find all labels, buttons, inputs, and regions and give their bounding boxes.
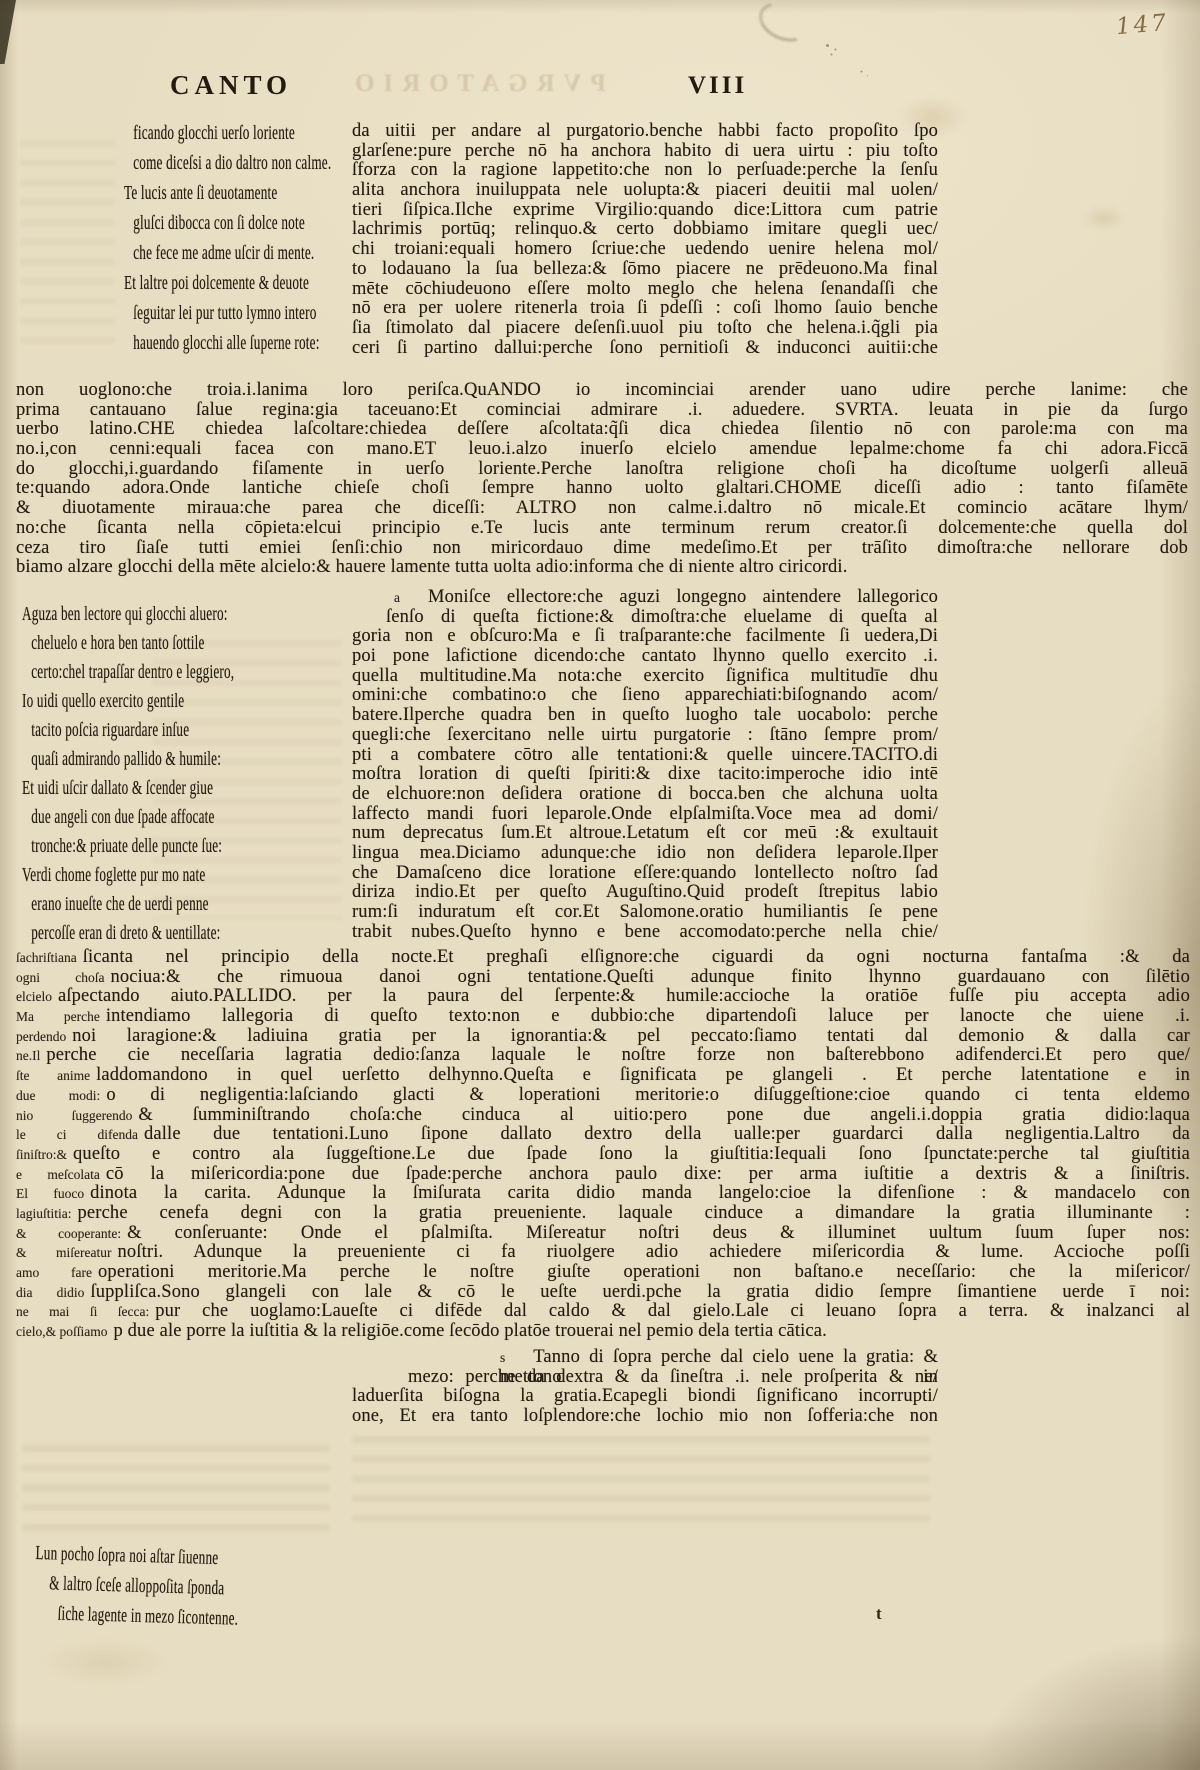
commentary-column-1: da uitii per andare al purgatorio.benche…	[352, 122, 938, 358]
line-text: & conſeruante: Onde el pſalmiſta. Miſere…	[127, 1223, 1190, 1243]
line-text: diriza indio.Et per queſto Auguſtino.Qui…	[352, 882, 938, 902]
incunabula-page-scan: PVRGATORIO CANTO VIII 147 ficando glocch…	[0, 0, 1200, 1770]
text-line: certo:chel trapaſſar dentro e leggiero,	[22, 658, 234, 687]
text-line: ne.Ilperche cie neceſſaria lagratia dedi…	[16, 1046, 1190, 1066]
text-line: Et uidi uſcir dallato & ſcender giue	[22, 774, 234, 803]
text-line: gluſci dibocca con ſi dolce note	[124, 208, 331, 238]
margin-lead-text: nio ſuggerendo	[16, 1108, 132, 1123]
text-line: to lodauano la ſua belleza:& ſōmo piacer…	[352, 260, 938, 280]
line-text: percoſſe eran di dreto & uentillate:	[31, 922, 220, 944]
margin-lead-text: le ci difenda	[16, 1127, 138, 1142]
line-text: no.i,con cenni:equali facea con mano.ET …	[16, 439, 1188, 459]
text-line: come diceſsi a dio daltro non calme.	[124, 148, 331, 178]
line-text: cheluelo e hora ben tanto ſottile	[31, 632, 204, 654]
line-text: & ſumminiſtrando choſa:che cinduca al ui…	[138, 1105, 1190, 1125]
line-text: do glocchi,i.guardando fiſamente in uerſ…	[16, 459, 1188, 479]
line-text: laduerſita biſogna la gratia.Ecapegli bi…	[352, 1386, 938, 1406]
text-line: Ma percheintendiamo lallegoria di queſto…	[16, 1007, 1190, 1027]
text-line: ne mai ſi ſecca:pur che uoglamo:Laueſte …	[16, 1302, 1190, 1322]
line-text: perche cenefa degni con la gratia preuen…	[78, 1203, 1191, 1223]
line-text: tacito poſcia riguardare inſue	[31, 719, 189, 741]
line-text: batere.Ilperche quadra ben in queſto luo…	[352, 705, 938, 725]
line-text: due angeli con due ſpade affocate	[31, 806, 214, 828]
text-line: & cooperante:& conſeruante: Onde el pſal…	[16, 1224, 1190, 1244]
text-line: due angeli con due ſpade affocate	[22, 803, 234, 832]
text-line: do glocchi,i.guardando fiſamente in uerſ…	[16, 460, 1188, 480]
line-text: dalle due tentationi.Luno ſipone dallato…	[144, 1124, 1190, 1144]
ink-smudge	[753, 0, 815, 49]
stain	[1082, 204, 1126, 232]
text-line: nio ſuggerendo& ſumminiſtrando choſa:che…	[16, 1106, 1190, 1126]
show-through-text	[352, 1436, 930, 1522]
line-text: quaſi admirando pallido & humile:	[31, 748, 221, 770]
line-text: perche cie neceſſaria lagratia dedio:ſan…	[46, 1045, 1190, 1065]
text-line: nō era per uolere ritenerla troia ſi pde…	[352, 299, 938, 319]
margin-lead-text: ſachriſtiana	[16, 950, 77, 965]
line-text: lachrimis portūq; relinquo.& certo dobbi…	[352, 219, 938, 239]
text-line: mezo: perche da dextra & da ſineſtra .i.…	[352, 1368, 938, 1388]
line-text: o di negligentia:laſciando glacti & lope…	[106, 1085, 1190, 1105]
line-text: hauendo glocchi alle ſuperne rote:	[133, 332, 319, 354]
line-text: chi troiani:equali homero ſcriue:che ued…	[352, 239, 938, 259]
text-line: lachrimis portūq; relinquo.& certo dobbi…	[352, 220, 938, 240]
line-text: aſpectando aiuto.PALLIDO. per la paura d…	[58, 986, 1190, 1006]
line-text: mezo: perche da dextra & da ſineſtra .i.…	[408, 1367, 938, 1387]
margin-lead-text: ſiniſtro:&	[16, 1147, 67, 1162]
verse-block-3: Lun pocho ſopra noi aſtar ſiuenne& laltr…	[33, 1538, 240, 1634]
line-text: Aguza ben lectore qui glocchi aluero:	[22, 603, 228, 625]
line-text: operationi meritorie.Ma perche le noſtre…	[98, 1262, 1190, 1282]
text-line: ſte animeladdomandono in quel uerſetto d…	[16, 1066, 1190, 1086]
line-text: trabit nubes.Queſto hynno e bene accomod…	[352, 922, 938, 942]
text-line: percoſſe eran di dreto & uentillate:	[22, 919, 234, 948]
text-line: alita anchora inuiluppata nele uolupta:&…	[352, 181, 938, 201]
line-text: omini:che combatino:o che ſieno apparech…	[352, 685, 938, 705]
line-text: certo:chel trapaſſar dentro e leggiero,	[31, 661, 234, 683]
show-through-text	[20, 140, 115, 355]
line-text: ſenſo di queſta fictione:& dimoſtra:che …	[386, 607, 938, 627]
text-line: e meſcolatacō la miſericordia:pone due ſ…	[16, 1165, 1190, 1185]
line-text: ficando glocchi uerſo loriente	[133, 122, 295, 144]
line-text: ſia ſtimolato dal piacere deſenſi.uuol p…	[352, 318, 938, 338]
line-text: pti a combatere cōtro alle tentationi:& …	[352, 745, 938, 765]
margin-lead-text: elcielo	[16, 989, 52, 1004]
text-line: lingua mea.Diciamo adunque:che idio non …	[352, 844, 938, 864]
line-text: poi pone lafictione dicendo:che cantato …	[352, 646, 938, 666]
text-line: laduerſita biſogna la gratia.Ecapegli bi…	[352, 1387, 938, 1407]
text-line: no:che ſicanta nella cōpieta:elcui princ…	[16, 519, 1188, 539]
text-line: pti a combatere cōtro alle tentationi:& …	[352, 746, 938, 766]
text-line: de elchuore:non deſidera oratione di boc…	[352, 785, 938, 805]
line-text: uerbo latino.CHE chiedea laſcoltare:chie…	[16, 419, 1188, 439]
text-line: sTanno di ſopra perche dal cielo uene la…	[352, 1348, 938, 1368]
text-line: due modi:o di negligentia:laſciando glac…	[16, 1086, 1190, 1106]
line-text: da uitii per andare al purgatorio.benche…	[352, 121, 938, 141]
line-text: tronche:& priuate delle puncte ſue:	[31, 835, 222, 857]
line-text: rum:ſi induratum eſt cor.Et Salomone.ora…	[352, 902, 938, 922]
text-line: glarſene:pure perche nō ha anchora habit…	[352, 142, 938, 162]
text-line: ceza tiro ſiaſe tutti emiei ſenſi:chio n…	[16, 539, 1188, 559]
line-text: nō era per uolere ritenerla troia ſi pde…	[352, 298, 938, 318]
text-line: ogni choſanociua:& che rimuoua danoi ogn…	[16, 968, 1190, 988]
line-text: come diceſsi a dio daltro non calme.	[133, 152, 331, 174]
line-text: lingua mea.Diciamo adunque:che idio non …	[352, 843, 938, 863]
text-line: moſtra loration di queſti ſpiriti:& dixe…	[352, 765, 938, 785]
line-text: quella multitudine.Ma nota:che exercito …	[352, 666, 938, 686]
line-text: goria non e obſcuro:Ma e ſi traſparante:…	[352, 626, 938, 646]
line-text: Et uidi uſcir dallato & ſcender giue	[22, 777, 213, 799]
text-line: rum:ſi induratum eſt cor.Et Salomone.ora…	[352, 903, 938, 923]
line-text: & diuotamente miraua:che parea che diceſ…	[16, 498, 1188, 518]
text-line: no.i,con cenni:equali facea con mano.ET …	[16, 440, 1188, 460]
text-line: che fece me adme uſcir di mente.	[124, 238, 331, 268]
commentary-fullwidth-1: non uoglono:che troia.i.lanima loro peri…	[16, 381, 1188, 578]
text-line: quegli:che ſexercitano nelle uirtu purga…	[352, 726, 938, 746]
margin-lead-text: s	[500, 1350, 505, 1365]
line-text: num deprecatus ſum.Et altroue.Letatum eſ…	[352, 823, 938, 843]
line-text: gluſci dibocca con ſi dolce note	[133, 212, 305, 234]
line-text: tieri ſiſpica.Ilche exprime Virgilio:qua…	[352, 200, 938, 220]
margin-lead-text: ogni choſa	[16, 970, 104, 985]
text-line: poi pone lafictione dicendo:che cantato …	[352, 647, 938, 667]
margin-lead-text: perdendo	[16, 1029, 66, 1044]
corner-shadow	[0, 0, 16, 64]
line-text: intendiamo lallegoria di queſto texto:no…	[106, 1006, 1190, 1026]
text-line: Te lucis ante ſi deuotamente	[124, 178, 331, 208]
line-text: Io uidi quello exercito gentile	[22, 690, 184, 712]
line-text: ceri ſi partino dallui:perche ſono perni…	[352, 338, 938, 358]
text-line: & diuotamente miraua:che parea che diceſ…	[16, 499, 1188, 519]
line-text: biamo alzare glocchi della mēte alcielo:…	[16, 557, 847, 577]
text-line: uerbo latino.CHE chiedea laſcoltare:chie…	[16, 420, 1188, 440]
text-line: quaſi admirando pallido & humile:	[22, 745, 234, 774]
line-text: pur che uoglamo:Laueſte ci difēde dal ca…	[155, 1301, 1190, 1321]
margin-lead-text: Ma perche	[16, 1009, 100, 1024]
text-line: Verdi chome foglette pur mo nate	[22, 861, 234, 890]
text-line: tronche:& priuate delle puncte ſue:	[22, 832, 234, 861]
text-line: biamo alzare glocchi della mēte alcielo:…	[16, 558, 1188, 578]
line-text: nociua:& che rimuoua danoi ogni tentatio…	[110, 967, 1190, 987]
line-text: Moniſce ellectore:che aguzi longegno ain…	[428, 587, 938, 607]
margin-lead-text: & cooperante:	[16, 1226, 121, 1241]
signature-mark: t	[876, 1604, 882, 1624]
margin-lead-text: due modi:	[16, 1088, 100, 1103]
text-line: erano inueſte che de uerdi penne	[22, 890, 234, 919]
show-through-text	[22, 1445, 330, 1537]
line-text: ceza tiro ſiaſe tutti emiei ſenſi:chio n…	[16, 538, 1188, 558]
line-text: alita anchora inuiluppata nele uolupta:&…	[352, 180, 938, 200]
line-text: prima cantauano ſalue regina:gia taceuan…	[16, 400, 1188, 420]
line-text: te:quando adora.Onde lantiche chieſe cho…	[16, 478, 1188, 498]
text-line: dia didioſuppliſca.Sono glangeli con lal…	[16, 1283, 1190, 1303]
running-title-canto-number: VIII	[688, 72, 747, 100]
margin-lead-text: ne.Il	[16, 1048, 40, 1063]
line-text: mēte cōchiudeuono eſſere molto meglo che…	[352, 279, 938, 299]
text-line: laffecto mandi fuori leparole.Onde elpſa…	[352, 805, 938, 825]
stain	[40, 1640, 170, 1684]
text-line: ceri ſi partino dallui:perche ſono perni…	[352, 339, 938, 359]
text-line: trabit nubes.Queſto hynno e bene accomod…	[352, 923, 938, 943]
text-line: ſia ſtimolato dal piacere deſenſi.uuol p…	[352, 319, 938, 339]
line-text: de elchuore:non deſidera oratione di boc…	[352, 784, 938, 804]
text-line: quella multitudine.Ma nota:che exercito …	[352, 667, 938, 687]
text-line: El fuocodinota la carita. Adunque la ſmi…	[16, 1184, 1190, 1204]
text-line: hauendo glocchi alle ſuperne rote:	[124, 328, 331, 358]
text-line: Et laltre poi dolcemente & deuote	[124, 268, 331, 298]
text-line: ſiniſtro:&queſto e contro ala ſuggeſtion…	[16, 1145, 1190, 1165]
text-line: cheluelo e hora ben tanto ſottile	[22, 629, 234, 658]
text-line: elcieloaſpectando aiuto.PALLIDO. per la …	[16, 987, 1190, 1007]
line-text: to lodauano la ſua belleza:& ſōmo piacer…	[352, 259, 938, 279]
margin-lead-text: amo fare	[16, 1265, 92, 1280]
margin-lead-text: lagiuſtitia:	[16, 1206, 72, 1221]
text-line: ſiche lagente in mezo ſicontenne.	[33, 1598, 238, 1634]
text-line: ſforza con la ragione lappetito:che non …	[352, 161, 938, 181]
verse-block-1: ficando glocchi uerſo lorientecome diceſ…	[124, 118, 331, 358]
margin-lead-text: a	[394, 590, 400, 605]
line-text: erano inueſte che de uerdi penne	[31, 893, 208, 915]
line-text: che Damaſceno dice loratione eſſere:quan…	[352, 863, 938, 883]
text-line: non uoglono:che troia.i.lanima loro peri…	[16, 381, 1188, 401]
line-text: one, Et era tanto loſplendore:che lochio…	[352, 1406, 938, 1426]
line-text: ſforza con la ragione lappetito:che non …	[352, 160, 938, 180]
text-line: Aguza ben lectore qui glocchi aluero:	[22, 600, 234, 629]
line-text: laddomandono in quel uerſetto delhynno.Q…	[96, 1065, 1190, 1085]
line-text: cō la miſericordia:pone due ſpade:perche…	[106, 1164, 1190, 1184]
line-text: Verdi chome foglette pur mo nate	[22, 864, 205, 886]
line-text: moſtra loration di queſti ſpiriti:& dixe…	[352, 764, 938, 784]
text-line: che Damaſceno dice loratione eſſere:quan…	[352, 864, 938, 884]
text-line: prima cantauano ſalue regina:gia taceuan…	[16, 401, 1188, 421]
text-line: chi troiani:equali homero ſcriue:che ued…	[352, 240, 938, 260]
line-text: laffecto mandi fuori leparole.Onde elpſa…	[352, 804, 938, 824]
text-line: omini:che combatino:o che ſieno apparech…	[352, 686, 938, 706]
margin-lead-text: e meſcolata	[16, 1167, 100, 1182]
text-line: cielo,& poſſiamop due ale porre la iuſti…	[16, 1322, 1190, 1342]
line-text: ſiche lagente in mezo ſicontenne.	[57, 1603, 238, 1630]
text-line: & miſereaturnoſtri. Adunque la preuenien…	[16, 1243, 1190, 1263]
text-line: te:quando adora.Onde lantiche chieſe cho…	[16, 479, 1188, 499]
line-text: Et laltre poi dolcemente & deuote	[124, 272, 309, 294]
commentary-fullwidth-2: ſachriſtianaſicanta nel principio della …	[16, 948, 1190, 1342]
text-line: num deprecatus ſum.Et altroue.Letatum eſ…	[352, 824, 938, 844]
text-line: ſenſo di queſta fictione:& dimoſtra:che …	[352, 608, 938, 628]
margin-lead-text: ſte anime	[16, 1068, 90, 1083]
line-text: no:che ſicanta nella cōpieta:elcui princ…	[16, 518, 1188, 538]
text-line: ſachriſtianaſicanta nel principio della …	[16, 948, 1190, 968]
margin-lead-text: cielo,& poſſiamo	[16, 1324, 107, 1339]
line-text: dinota la carita. Adunque la ſmiſurata c…	[90, 1183, 1190, 1203]
line-text: non uoglono:che troia.i.lanima loro peri…	[16, 380, 1188, 400]
text-line: diriza indio.Et per queſto Auguſtino.Qui…	[352, 883, 938, 903]
margin-lead-text: & miſereatur	[16, 1245, 112, 1260]
text-line: amo fareoperationi meritorie.Ma perche l…	[16, 1263, 1190, 1283]
line-text: quegli:che ſexercitano nelle uirtu purga…	[352, 725, 938, 745]
show-through-running-title: PVRGATORIO	[346, 70, 606, 98]
text-line: mēte cōchiudeuono eſſere molto meglo che…	[352, 280, 938, 300]
text-line: ſeguitar lei pur tutto lymno intero	[124, 298, 331, 328]
verse-block-2: Aguza ben lectore qui glocchi aluero:che…	[22, 600, 234, 948]
ink-dots	[826, 44, 829, 47]
line-text: Te lucis ante ſi deuotamente	[124, 182, 277, 204]
line-text: ſicanta nel principio della nocte.Et pre…	[83, 947, 1190, 967]
line-text: & laltro ſceſe alloppoſita ſponda	[49, 1572, 225, 1599]
line-text: noi laragione:& ladiuina gratia per la i…	[72, 1026, 1190, 1046]
text-line: perdendonoi laragione:& ladiuina gratia …	[16, 1027, 1190, 1047]
line-text: noſtri. Adunque la preueniente ci fa riu…	[118, 1242, 1190, 1262]
margin-lead-text: dia didio	[16, 1285, 84, 1300]
text-line: goria non e obſcuro:Ma e ſi traſparante:…	[352, 627, 938, 647]
line-text: Lun pocho ſopra noi aſtar ſiuenne	[35, 1542, 218, 1569]
text-line: le ci difendadalle due tentationi.Luno ſ…	[16, 1125, 1190, 1145]
commentary-column-2: aMoniſce ellectore:che aguzi longegno ai…	[352, 588, 938, 942]
text-line: aMoniſce ellectore:che aguzi longegno ai…	[352, 588, 938, 608]
line-text: che fece me adme uſcir di mente.	[133, 242, 314, 264]
text-line: tieri ſiſpica.Ilche exprime Virgilio:qua…	[352, 201, 938, 221]
margin-lead-text: El fuoco	[16, 1186, 84, 1201]
running-title-canto: CANTO	[170, 70, 292, 101]
line-text: ſeguitar lei pur tutto lymno intero	[133, 302, 316, 324]
text-line: da uitii per andare al purgatorio.benche…	[352, 122, 938, 142]
text-line: tacito poſcia riguardare inſue	[22, 716, 234, 745]
line-text: p due ale porre la iuſtitia & la religiō…	[113, 1321, 826, 1341]
commentary-column-bottom: sTanno di ſopra perche dal cielo uene la…	[352, 1348, 938, 1427]
text-line: ficando glocchi uerſo loriente	[124, 118, 331, 148]
text-line: one, Et era tanto loſplendore:che lochio…	[352, 1407, 938, 1427]
text-line: Io uidi quello exercito gentile	[22, 687, 234, 716]
line-text: queſto e contro ala ſuggeſtione.Le due ſ…	[73, 1144, 1190, 1164]
text-line: lagiuſtitia:perche cenefa degni con la g…	[16, 1204, 1190, 1224]
text-line: batere.Ilperche quadra ben in queſto luo…	[352, 706, 938, 726]
line-text: glarſene:pure perche nō ha anchora habit…	[352, 141, 938, 161]
folio-number-handwritten: 147	[1115, 10, 1170, 41]
line-text: ſuppliſca.Sono glangeli con lale & cō le…	[90, 1282, 1190, 1302]
margin-lead-text: ne mai ſi ſecca:	[16, 1304, 149, 1319]
